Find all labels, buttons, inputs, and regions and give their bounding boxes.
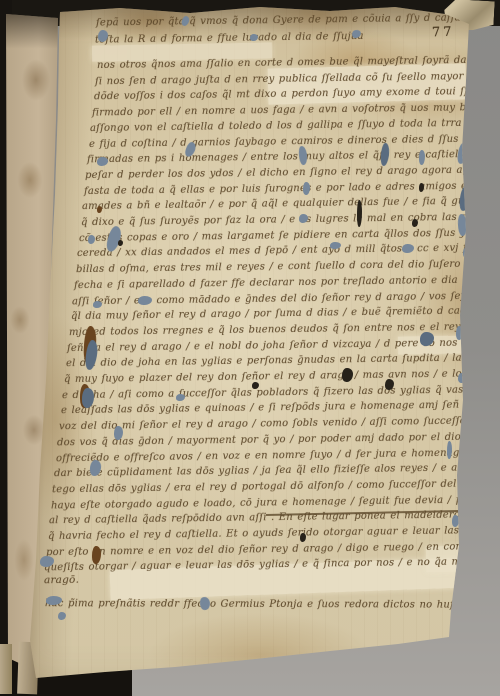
ink-blot (138, 296, 152, 305)
ink-blot (412, 219, 418, 227)
ink-blot (184, 141, 197, 158)
ink-blot (199, 596, 211, 611)
ink-blot-layer (0, 0, 500, 696)
ink-blot (93, 301, 102, 308)
ink-blot (342, 368, 353, 382)
ink-blot (351, 29, 361, 38)
manuscript-photo: ſepã uos por q̃ta q̃ vmos q̃ dona Gyere … (0, 0, 500, 696)
ink-blot (300, 533, 306, 542)
ink-blot (105, 225, 123, 253)
ink-blot (419, 183, 424, 192)
ink-blot (330, 242, 341, 249)
ink-blot (114, 426, 123, 440)
ink-blot (97, 157, 108, 166)
ink-blot (181, 15, 190, 26)
ink-blot (58, 612, 66, 620)
ink-blot (452, 515, 459, 527)
ink-blot (385, 379, 394, 390)
ink-blot (176, 394, 185, 401)
ink-blot (402, 244, 414, 253)
ink-blot (303, 182, 310, 195)
ink-blot (299, 214, 308, 223)
manuscript-page: ſepã uos por q̃ta q̃ vmos q̃ dona Gyere … (0, 0, 500, 696)
ink-blot (298, 146, 309, 166)
ink-blot (420, 332, 434, 346)
ink-blot (380, 143, 390, 167)
ink-blot (252, 382, 259, 389)
ink-blot (357, 200, 362, 227)
ink-blot (89, 460, 101, 477)
ink-blot (88, 235, 95, 244)
book-board-edge (0, 644, 12, 694)
ink-blot (447, 441, 452, 459)
ink-blot (40, 556, 54, 567)
ink-blot (250, 34, 258, 41)
ink-blot (97, 206, 102, 213)
ink-blot (46, 596, 62, 605)
ink-blot (92, 546, 101, 564)
ink-blot (82, 388, 94, 408)
ink-blot (118, 240, 123, 246)
ink-blot (97, 30, 108, 43)
ink-blot (419, 150, 425, 165)
